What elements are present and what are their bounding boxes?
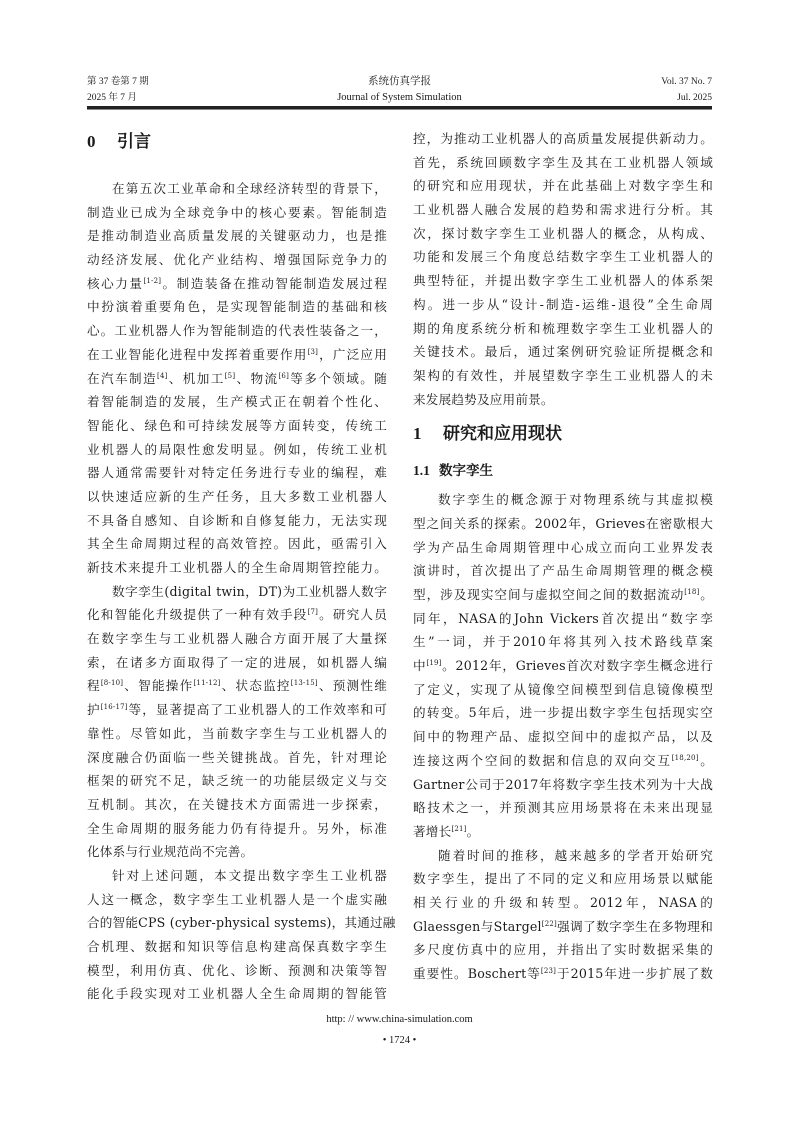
- text-line: 的研究和应用现状，并在此基础上对数字孪生和: [413, 174, 713, 198]
- text-line: Gartner公司于2017年将数字孪生技术列为十大战: [413, 773, 713, 797]
- text-line: 不具备自感知、自诊断和自修复能力，无法实现: [87, 509, 387, 533]
- text-line: 首先，系统回顾数字孪生及其在工业机器人领域: [413, 151, 713, 175]
- text-line: 学为产品生命周期管理中心成立而向工业界发表: [413, 536, 713, 560]
- text-line: 型，涉及现实空间与虚拟空间之间的数据流动[18]。: [413, 583, 713, 607]
- text-line: 重要性。Boschert等[23]于2015年进一步扩展了数: [413, 962, 713, 986]
- text-line: 中扮演着重要角色，是实现智能制造的基础和核: [87, 295, 387, 319]
- text-line: 数字孪生的概念源于对物理系统与其虚拟模: [413, 488, 713, 512]
- text-line: 框架的研究不足，缺乏统一的功能层级定义与交: [87, 769, 387, 793]
- text-line: 典型特征，并提出数字孪生工业机器人的体系架: [413, 269, 713, 293]
- text-line: 针对上述问题，本文提出数字孪生工业机器: [87, 864, 387, 888]
- text-line: 互机制。其次，在关键技术方面需进一步探索，: [87, 793, 387, 817]
- text-line: 人这一概念，数字孪生工业机器人是一个虚实融: [87, 888, 387, 912]
- text-line: 器人通常需要针对特定任务进行专业的编程，难: [87, 461, 387, 485]
- text-line: 智能化、绿色和可持续发展等方面转变，传统工: [87, 414, 387, 438]
- text-line: Glaessgen与Stargel[22]强调了数字孪生在多物理和: [413, 915, 713, 939]
- text-line: 模型，利用仿真、优化、诊断、预测和决策等智: [87, 959, 387, 983]
- citation[interactable]: [11-12]: [193, 679, 220, 687]
- text-line: 动经济发展、优化产业结构、增强国际竞争力的: [87, 248, 387, 272]
- subsection-title: 数字孪生: [439, 463, 493, 479]
- citation[interactable]: [18,20]: [672, 754, 699, 762]
- citation[interactable]: [5]: [225, 372, 236, 380]
- text-line: 次，探讨数字孪生工业机器人的概念，从构成、: [413, 222, 713, 246]
- text-line: 新技术来提升工业机器人的全生命周期管控能力。: [87, 556, 387, 580]
- citation[interactable]: [6]: [278, 372, 289, 380]
- text-line: 全生命周期的服务能力仍有待提升。另外，标准: [87, 817, 387, 841]
- section-heading-research-status: 1研究和应用现状: [413, 419, 713, 449]
- header-volume-info: Vol. 37 No. 7 Jul. 2025: [661, 74, 712, 105]
- text-line: 型之间关系的探索。2002年，Grieves在密歇根大: [413, 512, 713, 536]
- text-line: 合的智能CPS (cyber-physical systems)，其通过融: [87, 911, 387, 935]
- text-line: 在汽车制造[4]、机加工[5]、物流[6]等多个领域。随: [87, 367, 387, 391]
- text-line: 合机理、数据和知识等信息构建高保真数字孪生: [87, 935, 387, 959]
- section-heading-introduction: 0引言: [87, 127, 387, 157]
- text-line: 相关行业的升级和转型。2012年，NASA的: [413, 891, 713, 915]
- text-line: 随着时间的推移，越来越多的学者开始研究: [413, 844, 713, 868]
- right-column: 控，为推动工业机器人的高质量发展提供新动力。 首先，系统回顾数字孪生及其在工业机…: [413, 127, 713, 986]
- citation[interactable]: [22]: [542, 920, 557, 928]
- header-date-en: Jul. 2025: [661, 90, 712, 106]
- text-line: 同年，NASA的John Vickers首次提出“数字孪: [413, 607, 713, 631]
- text-line: 了定义，实现了从镜像空间模型到信息镜像模型: [413, 678, 713, 702]
- journal-url-link[interactable]: http: // www.china-simulation.com: [0, 1014, 799, 1025]
- text-line: 功能和发展三个角度总结数字孪生工业机器人的: [413, 245, 713, 269]
- text-line: 数字孪生，提出了不同的定义和应用场景以赋能: [413, 867, 713, 891]
- text-line: 的转变。5年后，进一步提出数字孪生包括现实空: [413, 701, 713, 725]
- text-line: 关键技术。最后，通过案例研究验证所提概念和: [413, 340, 713, 364]
- text-line: 中[19]。2012年，Grieves首次对数字孪生概念进行: [413, 654, 713, 678]
- text-line: 是推动制造业高质量发展的关键驱动力，也是推: [87, 224, 387, 248]
- section-title: 引言: [117, 132, 151, 152]
- text-line: 业机器人的局限性愈发明显。例如，传统工业机: [87, 438, 387, 462]
- header-rule-thin: [87, 109, 712, 110]
- text-line: 工业机器人融合发展的趋势和需求进行分析。其: [413, 198, 713, 222]
- subsection-heading-digital-twin: 1.1数字孪生: [413, 456, 713, 486]
- text-line: 略技术之一，并预测其应用场景将在未来出现显: [413, 796, 713, 820]
- text-line: 核心力量[1-2]。制造装备在推动智能制造发展过程: [87, 272, 387, 296]
- page-number: • 1724 •: [0, 1035, 799, 1046]
- text-line: 索，在诸多方面取得了一定的进展，如机器人编: [87, 651, 387, 675]
- text-line: 演讲时，首次提出了产品生命周期管理的概念模: [413, 559, 713, 583]
- text-line: 护[16-17]等，显著提高了工业机器人的工作效率和可: [87, 698, 387, 722]
- header-journal-title: 系统仿真学报 Journal of System Simulation: [87, 74, 712, 105]
- text-line: 化和智能化升级提供了一种有效手段[7]。研究人员: [87, 603, 387, 627]
- citation[interactable]: [1-2]: [143, 277, 161, 285]
- text-line: 其全生命周期过程的高效管控。因此，亟需引入: [87, 532, 387, 556]
- section-number: 1: [413, 419, 443, 449]
- text-line: 控，为推动工业机器人的高质量发展提供新动力。: [413, 127, 713, 151]
- text-line: 间中的物理产品、虚拟空间中的虚拟产品，以及: [413, 725, 713, 749]
- journal-title-en: Journal of System Simulation: [87, 90, 712, 106]
- text-line: 在第五次工业革命和全球经济转型的背景下，: [87, 177, 387, 201]
- text-line: 化体系与行业规范尚不完善。: [87, 840, 387, 864]
- text-line: 来发展趋势及应用前景。: [413, 388, 713, 412]
- text-line: 能化手段实现对工业机器人全生命周期的智能管: [87, 982, 387, 1006]
- citation[interactable]: [7]: [308, 608, 319, 616]
- citation[interactable]: [23]: [541, 967, 556, 975]
- text-line: 架构的有效性，并展望数字孪生工业机器人的未: [413, 364, 713, 388]
- citation[interactable]: [18]: [684, 588, 699, 596]
- journal-title-cn: 系统仿真学报: [87, 74, 712, 90]
- header-volume-en: Vol. 37 No. 7: [661, 74, 712, 90]
- text-line: 构。进一步从“设计-制造-运维-退役”全生命周: [413, 293, 713, 317]
- text-line: 数字孪生(digital twin，DT)为工业机器人数字: [87, 580, 387, 604]
- citation[interactable]: [19]: [426, 659, 441, 667]
- left-column: 0引言 在第五次工业革命和全球经济转型的背景下， 制造业已成为全球竞争中的核心要…: [87, 127, 387, 1006]
- section-title: 研究和应用现状: [443, 424, 562, 444]
- citation[interactable]: [13-15]: [291, 679, 318, 687]
- text-line: 制造业已成为全球竞争中的核心要素。智能制造: [87, 201, 387, 225]
- text-line: 生”一词，并于2010年将其列入技术路线草案: [413, 630, 713, 654]
- citation[interactable]: [4]: [157, 372, 168, 380]
- text-line: 深度融合仍面临一些关键挑战。首先，针对理论: [87, 746, 387, 770]
- citation[interactable]: [16-17]: [101, 703, 128, 711]
- running-header: 第 37 卷第 7 期 2025 年 7 月 系统仿真学报 Journal of…: [87, 74, 712, 110]
- text-line: 在工业智能化进程中发挥着重要作用[3]，广泛应用: [87, 343, 387, 367]
- text-line: 着智能制造的发展，生产模式正在朝着个性化、: [87, 390, 387, 414]
- text-line: 期的角度系统分析和梳理数字孪生工业机器人的: [413, 317, 713, 341]
- text-line: 以快速适应新的生产任务，且大多数工业机器人: [87, 485, 387, 509]
- text-line: 著增长[21]。: [413, 820, 713, 844]
- text-line: 在数字孪生与工业机器人融合方面开展了大量探: [87, 627, 387, 651]
- text-line: 心。工业机器人作为智能制造的代表性装备之一，: [87, 319, 387, 343]
- citation[interactable]: [8-10]: [101, 679, 123, 687]
- section-number: 0: [87, 127, 117, 157]
- subsection-number: 1.1: [413, 456, 439, 486]
- text-line: 多尺度仿真中的应用，并指出了实时数据采集的: [413, 938, 713, 962]
- text-line: 靠性。尽管如此，当前数字孪生与工业机器人的: [87, 722, 387, 746]
- text-line: 连接这两个空间的数据和信息的双向交互[18,20]。: [413, 749, 713, 773]
- citation[interactable]: [3]: [308, 348, 319, 356]
- citation[interactable]: [21]: [451, 825, 466, 833]
- text-line: 程[8-10]、智能操作[11-12]、状态监控[13-15]、预测性维: [87, 674, 387, 698]
